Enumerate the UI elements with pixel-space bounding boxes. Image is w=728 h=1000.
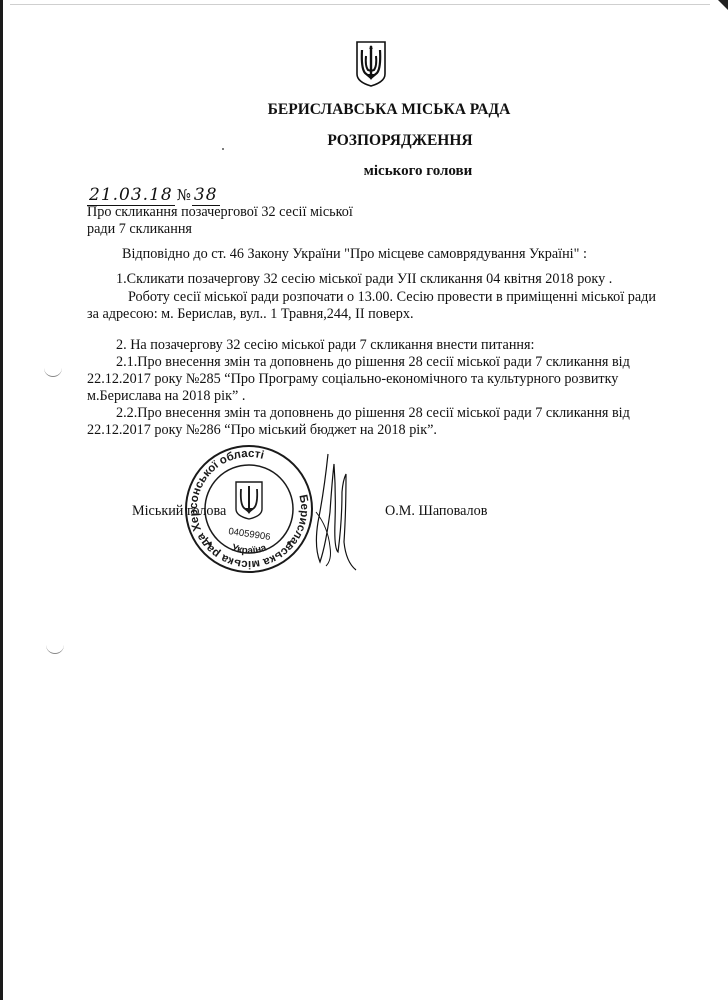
scan-edge-left: [0, 0, 3, 1000]
official-stamp: Бериславська міська рада Херсонської обл…: [183, 443, 315, 575]
scan-corner-fold: [718, 0, 728, 10]
punch-hole-mark: [44, 366, 62, 377]
date-number-line: 21.03.18№38: [87, 185, 220, 206]
item-2-2-line-2: 22.12.2017 року №286 “Про міський бюджет…: [87, 422, 437, 439]
stamp-coat-of-arms-icon: [236, 482, 262, 519]
handwritten-date: 21.03.18: [87, 185, 175, 206]
preamble: Відповідно до ст. 46 Закону України "Про…: [122, 246, 587, 263]
stamp-code: 04059906: [228, 526, 271, 543]
subject-line-1: Про скликання позачергової 32 сесії місь…: [87, 204, 363, 221]
punch-hole-mark: [46, 643, 64, 654]
subject-line-2: ради 7 скликання: [87, 221, 192, 238]
stamp-country: Україна: [230, 542, 268, 556]
item-1-line-2: Роботу сесії міської ради розпочати о 13…: [128, 289, 656, 306]
item-2-1-line-2: 22.12.2017 року №285 “Про Програму соціа…: [87, 371, 618, 388]
scan-edge-top: [10, 4, 710, 5]
handwritten-signature: [308, 452, 358, 572]
signer-name: О.М. Шаповалов: [385, 503, 487, 520]
handwritten-number: 38: [192, 185, 220, 206]
item-1-line-1: 1.Скликати позачергову 32 сесію міської …: [116, 271, 612, 288]
number-sign: №: [177, 186, 191, 204]
svg-text:Україна: Україна: [230, 542, 268, 556]
item-2-1-line-3: м.Берислава на 2018 рік” .: [87, 388, 245, 405]
coat-of-arms-icon: [355, 40, 387, 88]
item-2-intro: 2. На позачергову 32 сесію міської ради …: [116, 337, 535, 354]
document-type: РОЗПОРЯДЖЕННЯ: [0, 132, 728, 150]
item-2-2-line-1: 2.2.Про внесення змін та доповнень до рі…: [116, 405, 630, 422]
document-issuer: міського голови: [0, 163, 728, 180]
item-1-line-3: за адресою: м. Берислав, вул.. 1 Травня,…: [87, 306, 414, 323]
council-name: БЕРИСЛАВСЬКА МІСЬКА РАДА: [0, 101, 728, 119]
item-2-1-line-1: 2.1.Про внесення змін та доповнень до рі…: [116, 354, 630, 371]
